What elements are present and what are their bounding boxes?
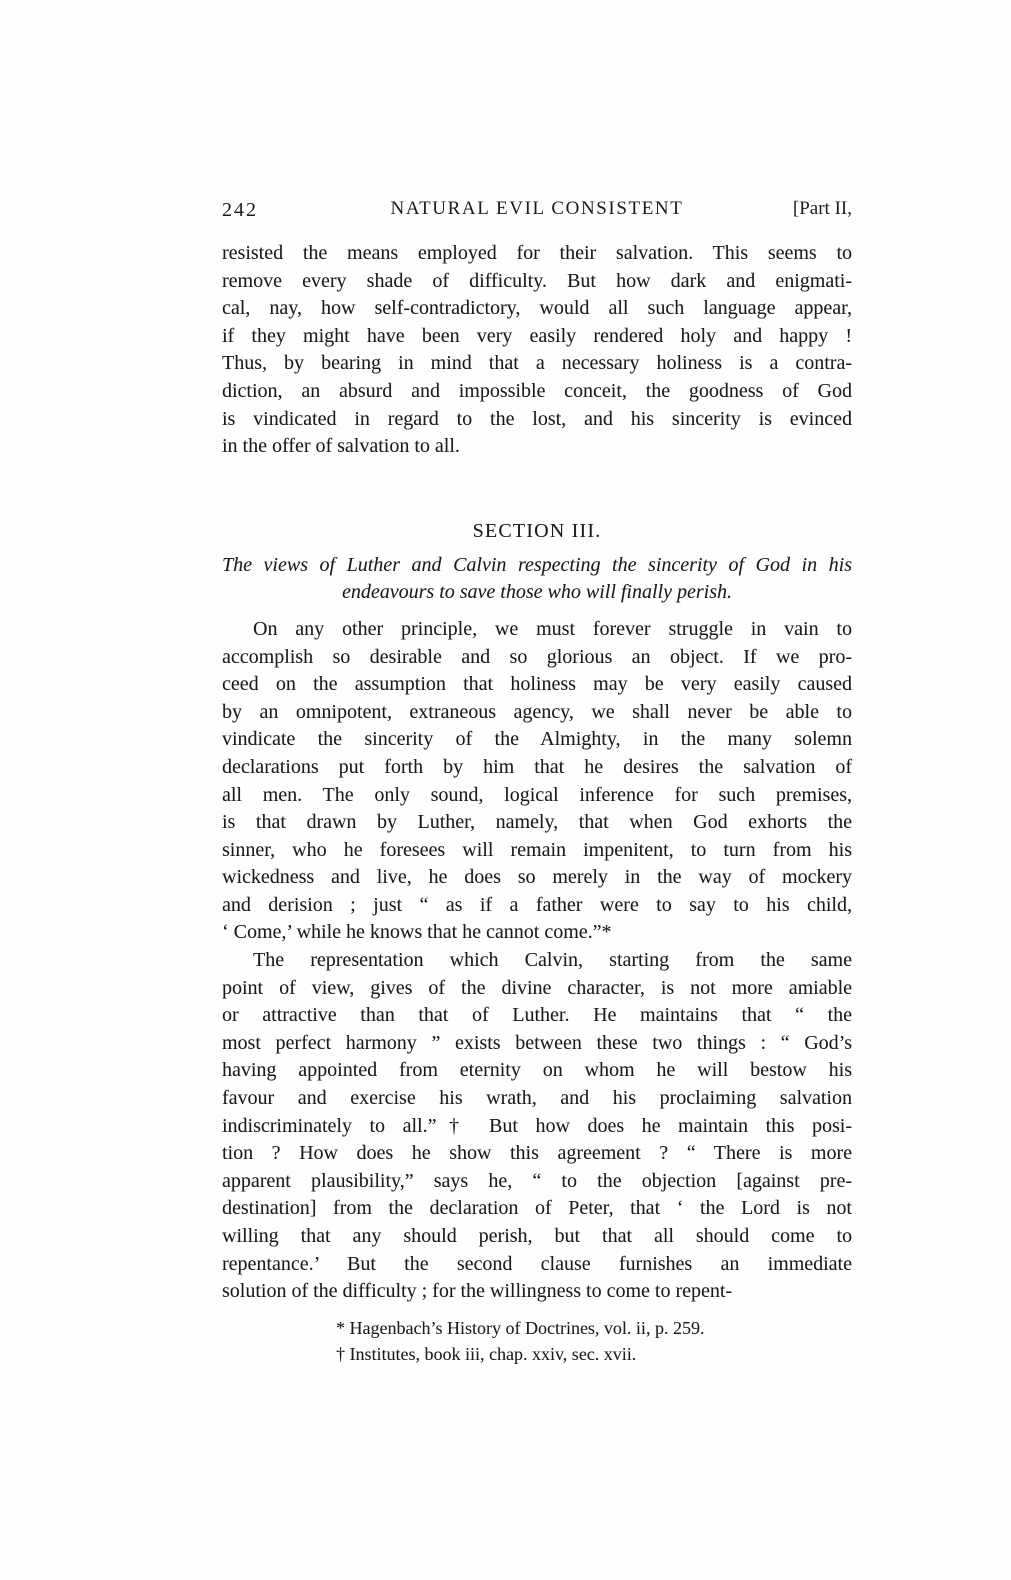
text-line: most perfect harmony ” exists between th… [222,1030,852,1058]
section-subtitle: The views of Luther and Calvin respectin… [222,552,852,607]
text-line: willing that any should perish, but that… [222,1223,852,1251]
text-line: ceed on the assumption that holiness may… [222,671,852,699]
text-line: remove every shade of difficulty. But ho… [222,268,852,296]
text-line: all men. The only sound, logical inferen… [222,782,852,810]
text-line: accomplish so desirable and so glorious … [222,644,852,672]
paragraph: On any other principle, we must forever … [222,616,852,947]
text-line: On any other principle, we must forever … [222,616,852,644]
running-title: NATURAL EVIL CONSISTENT [222,198,852,220]
book-page: 242 NATURAL EVIL CONSISTENT [Part II, re… [0,0,1011,1580]
subtitle-line: The views of Luther and Calvin respectin… [222,552,852,580]
text-line: apparent plausibility,” says he, “ to th… [222,1168,852,1196]
paragraph: resisted the means employed for their sa… [222,240,852,461]
text-line: ‘ Come,’ while he knows that he cannot c… [222,919,852,947]
text-line: The representation which Calvin, startin… [222,947,852,975]
text-line: tion ? How does he show this agreement ?… [222,1140,852,1168]
text-line: cal, nay, how self-contradictory, would … [222,295,852,323]
text-line: and derision ; just “ as if a father wer… [222,892,852,920]
text-line: resisted the means employed for their sa… [222,240,852,268]
text-line: favour and exercise his wrath, and his p… [222,1085,852,1113]
text-line: repentance.’ But the second clause furni… [222,1251,852,1279]
paragraph: The representation which Calvin, startin… [222,947,852,1306]
text-line: vindicate the sincerity of the Almighty,… [222,726,852,754]
text-line: destination] from the declaration of Pet… [222,1195,852,1223]
subtitle-line: endeavours to save those who will finall… [222,579,852,607]
part-label: [Part II, [793,198,852,220]
section-heading: SECTION III. [222,516,852,546]
text-line: if they might have been very easily rend… [222,323,852,351]
page-header: 242 NATURAL EVIL CONSISTENT [Part II, [222,198,852,224]
text-line: sinner, who he foresees will remain impe… [222,837,852,865]
page-body: resisted the means employed for their sa… [222,240,852,1367]
text-line: point of view, gives of the divine chara… [222,975,852,1003]
text-line: indiscriminately to all.”† But how does … [222,1113,852,1141]
footnotes: * Hagenbach’s History of Doctrines, vol.… [222,1315,852,1367]
text-line: diction, an absurd and impossible concei… [222,378,852,406]
footnote: * Hagenbach’s History of Doctrines, vol.… [336,1315,852,1341]
text-line: by an omnipotent, extraneous agency, we … [222,699,852,727]
footnote: † Institutes, book iii, chap. xxiv, sec.… [336,1341,852,1367]
text-line: is that drawn by Luther, namely, that wh… [222,809,852,837]
text-line: in the offer of salvation to all. [222,433,852,461]
text-line: wickedness and live, he does so merely i… [222,864,852,892]
text-line: solution of the difficulty ; for the wil… [222,1278,852,1306]
text-line: having appointed from eternity on whom h… [222,1057,852,1085]
text-line: or attractive than that of Luther. He ma… [222,1002,852,1030]
text-line: declarations put forth by him that he de… [222,754,852,782]
text-line: is vindicated in regard to the lost, and… [222,406,852,434]
text-line: Thus, by bearing in mind that a necessar… [222,350,852,378]
